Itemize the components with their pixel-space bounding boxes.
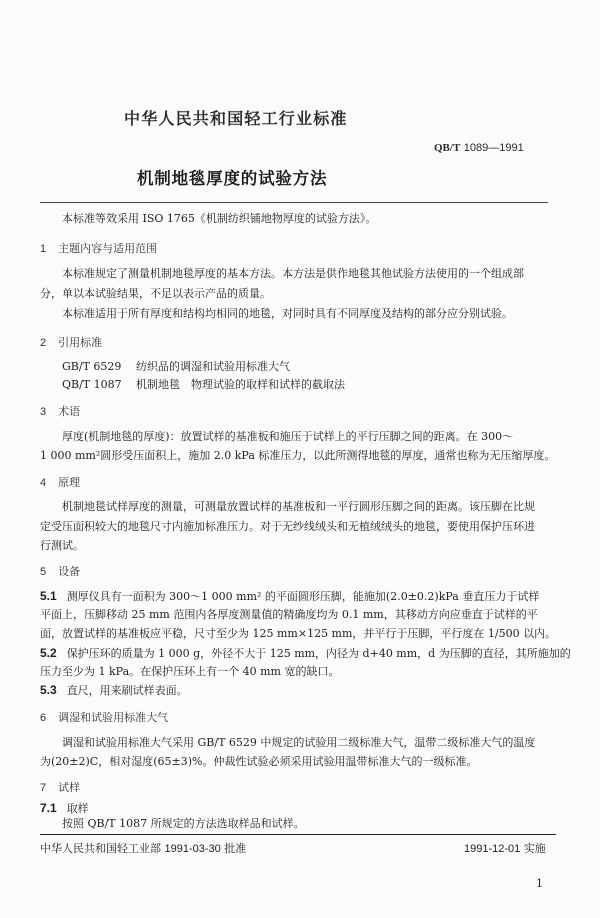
paragraph-line: 行测试。: [40, 537, 84, 555]
subsection-number: 7.1: [40, 801, 57, 815]
section-title: 引用标准: [58, 336, 102, 349]
paragraph-line: 分，单以本试验结果，不足以表示产品的质量。: [40, 285, 271, 303]
section-title: 原理: [58, 476, 80, 489]
paragraph-line: 机制地毯试样厚度的测量，可测量放置试样的基准板和一平行圆形压脚之间的距离。该压脚…: [62, 498, 535, 516]
section-title: 试样: [58, 781, 80, 794]
paragraph-line: 面，放置试样的基准板应平稳，尺寸至少为 125 mm×125 mm，并平行于压脚…: [40, 625, 556, 643]
paragraph-line: 1 000 mm²圆形受压面积上，施加 2.0 kPa 标准压力，以此所测得地毯…: [40, 447, 555, 465]
paragraph-line: 测厚仪具有一面积为 300～1 000 mm² 的平面圆形压脚，能施加(2.0±…: [67, 590, 540, 603]
approval-org: 中华人民共和国轻工业部: [40, 842, 161, 855]
subsection-number: 5.1: [40, 589, 57, 603]
section-title: 主题内容与适用范围: [58, 242, 157, 255]
approval-label: 批准: [224, 842, 246, 855]
section-number: 2: [40, 337, 46, 349]
reference-item: QB/T 1087机制地毯 物理试验的取样和试样的截取法: [62, 376, 345, 394]
subsection-5-1: 5.1测厚仪具有一面积为 300～1 000 mm² 的平面圆形压脚，能施加(2…: [40, 588, 539, 604]
section-title: 术语: [58, 405, 80, 418]
section-heading-3: 3术语: [40, 403, 80, 419]
section-heading-6: 6调湿和试验用标准大气: [40, 709, 168, 725]
paragraph-line: 直尺，用来刷试样表面。: [67, 684, 188, 697]
subsection-number: 5.2: [40, 646, 57, 660]
standard-prefix: QB/T: [434, 142, 460, 154]
paragraph-line: 压力至少为 1 kPa。在保护压环上有一个 40 mm 宽的缺口。: [40, 663, 339, 681]
paragraph-line: 调湿和试验用标准大气采用 GB/T 6529 中规定的试验用二级标准大气，温带二…: [62, 734, 535, 752]
footer-divider: [40, 834, 556, 835]
effective-info: 1991-12-01 实施: [464, 840, 546, 856]
approval-date: 1991-03-30: [165, 843, 221, 855]
section-heading-5: 5设备: [40, 563, 80, 579]
section-heading-4: 4原理: [40, 474, 80, 490]
reference-title: 纺织品的调湿和试验用标准大气: [136, 360, 290, 373]
reference-item: GB/T 6529纺织品的调湿和试验用标准大气: [62, 358, 290, 376]
section-title: 设备: [58, 565, 80, 578]
section-number: 6: [40, 712, 46, 724]
section-number: 4: [40, 477, 46, 489]
page-number: 1: [536, 877, 543, 890]
subsection-7-1: 7.1取样: [40, 800, 89, 816]
section-number: 5: [40, 566, 46, 578]
paragraph-line: 为(20±2)C，相对湿度(65±3)%。仲裁性试验必须采用试验用温带标准大气的…: [40, 753, 477, 771]
subsection-title: 取样: [67, 802, 89, 815]
section-heading-1: 1主题内容与适用范围: [40, 240, 157, 256]
section-heading-7: 7试样: [40, 779, 80, 795]
paragraph-line: 按照 QB/T 1087 所规定的方法选取样品和试样。: [62, 815, 305, 833]
subsection-5-3: 5.3直尺，用来刷试样表面。: [40, 682, 188, 698]
approval-info: 中华人民共和国轻工业部 1991-03-30 批准: [40, 840, 246, 856]
standard-organization: 中华人民共和国轻工行业标准: [124, 106, 348, 129]
paragraph-line: 定受压面积较大的地毯尺寸内施加标准压力。对于无纱线绒头和无植绒绒头的地毯，要使用…: [40, 518, 535, 536]
reference-code: GB/T 6529: [62, 358, 136, 376]
standard-code: QB/T 1089—1991: [434, 141, 524, 154]
effective-date: 1991-12-01: [464, 843, 520, 855]
effective-label: 实施: [524, 842, 546, 855]
intro-paragraph: 本标准等效采用 ISO 1765《机制纺织铺地物厚度的试验方法》。: [62, 210, 376, 228]
paragraph-line: 保护压环的质量为 1 000 g，外径不大于 125 mm，内径为 d+40 m…: [67, 647, 571, 660]
reference-title: 机制地毯 物理试验的取样和试样的截取法: [136, 378, 345, 391]
paragraph-line: 厚度(机制地毯的厚度)：放置试样的基准板和施压于试样上的平行压脚之间的距离。在 …: [62, 428, 513, 446]
subsection-5-2: 5.2保护压环的质量为 1 000 g，外径不大于 125 mm，内径为 d+4…: [40, 645, 571, 661]
section-number: 3: [40, 406, 46, 418]
section-number: 7: [40, 782, 46, 794]
reference-code: QB/T 1087: [62, 376, 136, 394]
paragraph-line: 平面上，压脚移动 25 mm 范围内各厚度测量值的精确度均为 0.1 mm，其移…: [40, 606, 538, 624]
section-number: 1: [40, 243, 46, 255]
document-title: 机制地毯厚度的试验方法: [137, 165, 327, 189]
subsection-number: 5.3: [40, 683, 57, 697]
header-divider: [40, 202, 548, 203]
paragraph-line: 本标准规定了测量机制地毯厚度的基本方法。本方法是供作地毯其他试验方法使用的一个组…: [62, 265, 524, 283]
section-heading-2: 2引用标准: [40, 334, 102, 350]
standard-number: 1089—1991: [464, 142, 524, 154]
paragraph-line: 本标准适用于所有厚度和结构均相同的地毯，对同时具有不同厚度及结构的部分应分别试验…: [62, 305, 513, 323]
section-title: 调湿和试验用标准大气: [58, 711, 168, 724]
